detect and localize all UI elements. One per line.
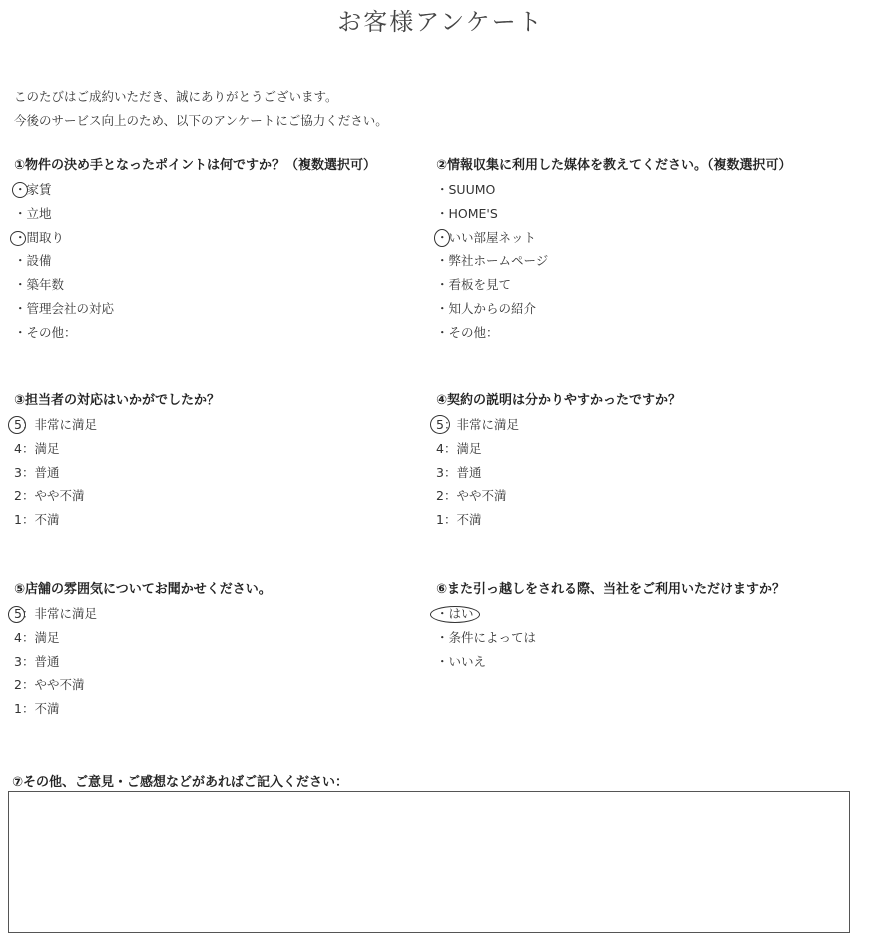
q6-option-no[interactable]: ・いいえ: [436, 652, 856, 676]
option-label: 3：普通: [14, 463, 59, 483]
q1-option-building-age[interactable]: ・築年数: [14, 275, 434, 299]
comment-label: ⑦その他、ご意見・ご感想などがあればご記入ください：: [12, 771, 348, 790]
option-label: 1：不満: [14, 510, 59, 530]
question-5-heading: ⑤店舗の雰囲気についてお聞かせください。: [14, 580, 434, 604]
option-label: 2：やや不満: [436, 486, 506, 506]
q3-option-2[interactable]: 2：やや不満: [14, 486, 434, 510]
option-label: ・いい部屋ネット: [436, 228, 536, 248]
q3-option-4[interactable]: 4：満足: [14, 439, 434, 463]
option-label: ・いいえ: [436, 652, 486, 672]
question-2-heading: ②情報収集に利用した媒体を教えてください。（複数選択可）: [436, 156, 856, 180]
option-label: ・弊社ホームページ: [436, 251, 548, 271]
q4-option-3[interactable]: 3：普通: [436, 463, 856, 487]
q1-option-rent[interactable]: ・家賃: [14, 180, 434, 204]
question-4-heading: ④契約の説明は分かりやすかったですか？: [436, 391, 856, 415]
q1-option-management[interactable]: ・管理会社の対応: [14, 299, 434, 323]
question-6-heading: ⑥また引っ越しをされる際、当社をご利用いただけますか？: [436, 580, 856, 604]
option-label: 5：非常に満足: [436, 415, 519, 435]
q2-option-iiheya-net[interactable]: ・いい部屋ネット: [436, 228, 856, 252]
option-label: ・その他：: [436, 323, 499, 343]
option-label: ・看板を見て: [436, 275, 511, 295]
option-label: ・条件によっては: [436, 628, 536, 648]
q5-option-3[interactable]: 3：普通: [14, 652, 434, 676]
q3-option-1[interactable]: 1：不満: [14, 510, 434, 534]
q6-option-yes[interactable]: ・はい: [436, 604, 856, 628]
q1-option-layout[interactable]: ・間取り: [14, 228, 434, 252]
q5-option-2[interactable]: 2：やや不満: [14, 675, 434, 699]
q1-option-other[interactable]: ・その他：: [14, 323, 434, 347]
q4-option-4[interactable]: 4：満足: [436, 439, 856, 463]
q1-option-facilities[interactable]: ・設備: [14, 251, 434, 275]
question-3: ③担当者の対応はいかがでしたか？ 5：非常に満足 4：満足 3：普通 2：やや不…: [14, 391, 434, 534]
intro-line-2: 今後のサービス向上のため、以下のアンケートにご協力ください。: [14, 111, 388, 129]
q4-option-1[interactable]: 1：不満: [436, 510, 856, 534]
question-4: ④契約の説明は分かりやすかったですか？ 5：非常に満足 4：満足 3：普通 2：…: [436, 391, 856, 534]
q1-option-location[interactable]: ・立地: [14, 204, 434, 228]
option-label: ・HOME'S: [436, 204, 498, 224]
q3-option-5[interactable]: 5：非常に満足: [14, 415, 434, 439]
q4-option-2[interactable]: 2：やや不満: [436, 486, 856, 510]
question-3-heading: ③担当者の対応はいかがでしたか？: [14, 391, 434, 415]
intro-line-1: このたびはご成約いただき、誠にありがとうございます。: [14, 87, 338, 105]
option-label: ・SUUMO: [436, 180, 495, 200]
q5-option-4[interactable]: 4：満足: [14, 628, 434, 652]
option-label: 4：満足: [436, 439, 481, 459]
option-label: ・知人からの紹介: [436, 299, 536, 319]
option-label: 3：普通: [14, 652, 59, 672]
option-label: 2：やや不満: [14, 675, 84, 695]
option-label: 5：非常に満足: [14, 415, 97, 435]
option-label: ・築年数: [14, 275, 64, 295]
option-label: ・家賃: [14, 180, 52, 200]
option-label: ・その他：: [14, 323, 77, 343]
comment-textarea[interactable]: [8, 791, 850, 933]
question-2: ②情報収集に利用した媒体を教えてください。（複数選択可） ・SUUMO ・HOM…: [436, 156, 856, 347]
option-label: ・立地: [14, 204, 52, 224]
question-5: ⑤店舗の雰囲気についてお聞かせください。 5：非常に満足 4：満足 3：普通 2…: [14, 580, 434, 723]
q3-option-3[interactable]: 3：普通: [14, 463, 434, 487]
question-1-heading: ①物件の決め手となったポイントは何ですか？（複数選択可）: [14, 156, 434, 180]
q2-option-signboard[interactable]: ・看板を見て: [436, 275, 856, 299]
q2-option-other[interactable]: ・その他：: [436, 323, 856, 347]
option-label: ・管理会社の対応: [14, 299, 114, 319]
option-label: 1：不満: [436, 510, 481, 530]
question-6: ⑥また引っ越しをされる際、当社をご利用いただけますか？ ・はい ・条件によっては…: [436, 580, 856, 675]
q2-option-company-homepage[interactable]: ・弊社ホームページ: [436, 251, 856, 275]
option-label: 3：普通: [436, 463, 481, 483]
q5-option-1[interactable]: 1：不満: [14, 699, 434, 723]
q2-option-homes[interactable]: ・HOME'S: [436, 204, 856, 228]
option-label: 5：非常に満足: [14, 604, 97, 624]
option-label: ・はい: [436, 604, 474, 624]
option-label: ・間取り: [14, 228, 64, 248]
option-label: 1：不満: [14, 699, 59, 719]
q5-option-5[interactable]: 5：非常に満足: [14, 604, 434, 628]
option-label: 4：満足: [14, 439, 59, 459]
q2-option-suumo[interactable]: ・SUUMO: [436, 180, 856, 204]
q2-option-referral[interactable]: ・知人からの紹介: [436, 299, 856, 323]
q6-option-depends[interactable]: ・条件によっては: [436, 628, 856, 652]
option-label: 2：やや不満: [14, 486, 84, 506]
question-1: ①物件の決め手となったポイントは何ですか？（複数選択可） ・家賃 ・立地 ・間取…: [14, 156, 434, 347]
option-label: ・設備: [14, 251, 52, 271]
q4-option-5[interactable]: 5：非常に満足: [436, 415, 856, 439]
page-title: お客様アンケート: [0, 2, 881, 37]
option-label: 4：満足: [14, 628, 59, 648]
